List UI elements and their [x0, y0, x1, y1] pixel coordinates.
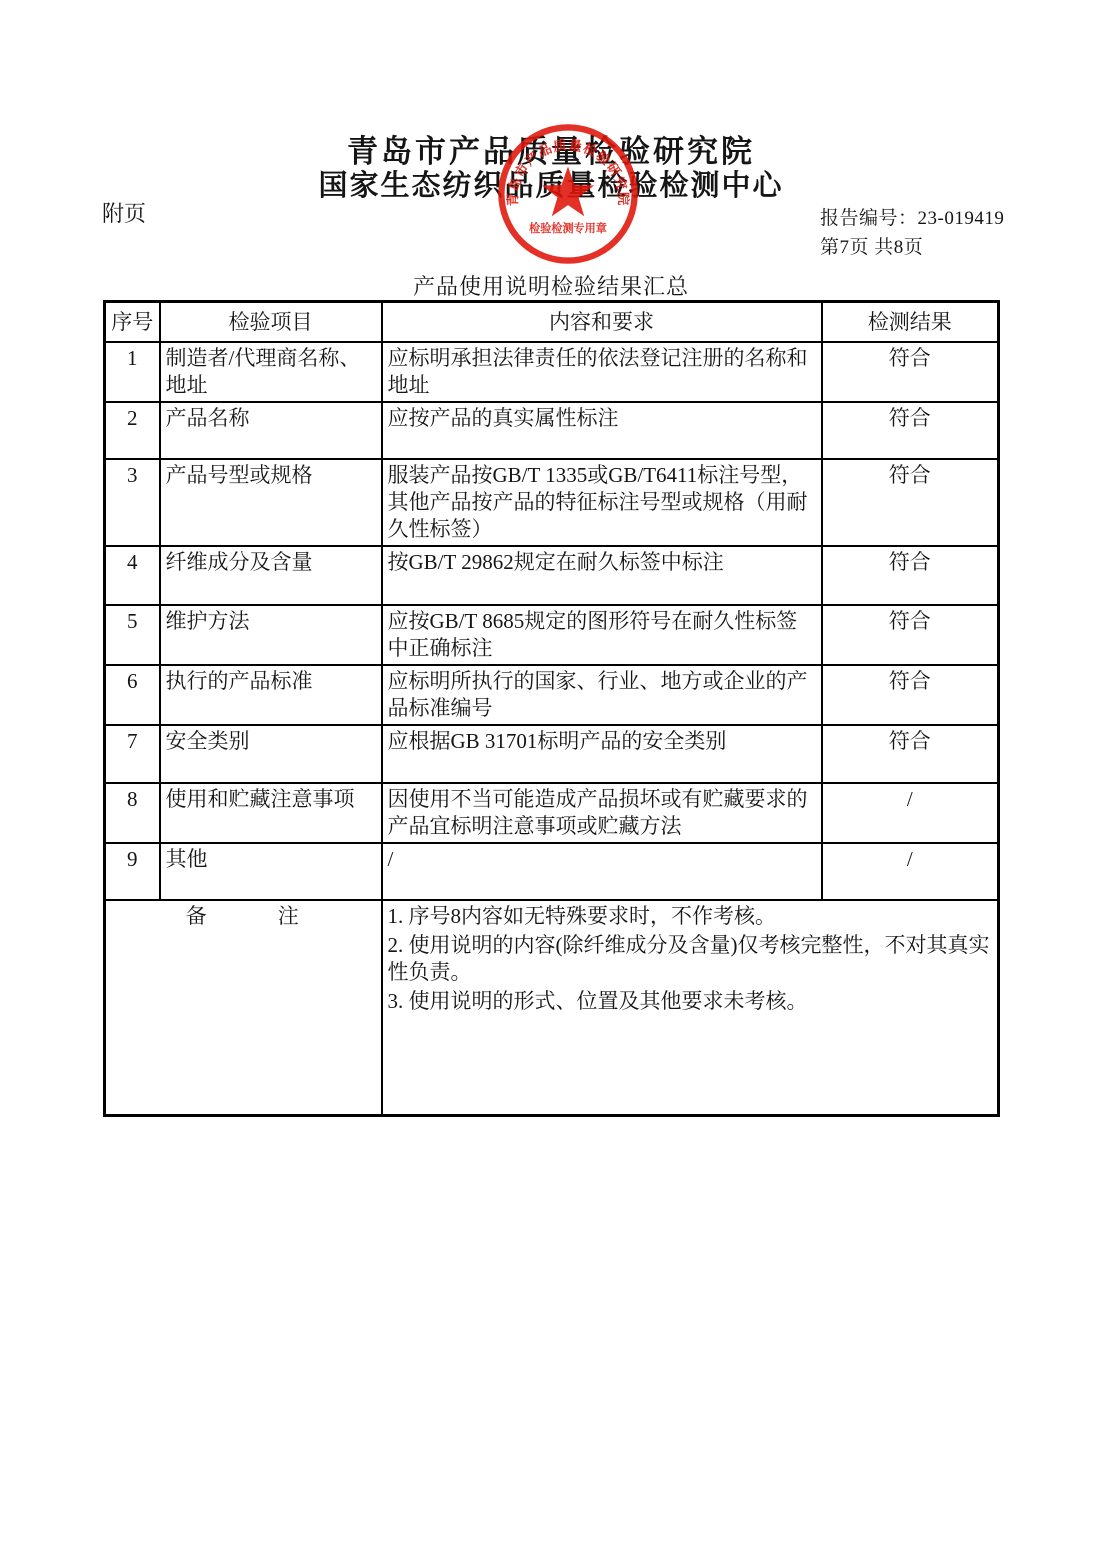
table-title: 产品使用说明检验结果汇总: [0, 270, 1102, 301]
col-header-no: 序号: [105, 302, 160, 343]
table-row: 4 纤维成分及含量 按GB/T 29862规定在耐久标签中标注 符合: [105, 546, 999, 605]
table-row: 5 维护方法 应按GB/T 8685规定的图形符号在耐久性标签中正确标注 符合: [105, 605, 999, 665]
cell-no: 2: [105, 402, 160, 459]
cell-result: /: [822, 843, 999, 900]
col-header-item: 检验项目: [160, 302, 382, 343]
cell-item: 执行的产品标准: [160, 665, 382, 725]
table-row: 1 制造者/代理商名称、地址 应标明承担法律责任的依法登记注册的名称和地址 符合: [105, 342, 999, 402]
cell-no: 4: [105, 546, 160, 605]
remark-line: 3. 使用说明的形式、位置及其他要求未考核。: [388, 988, 993, 1015]
inspection-results-table: 序号 检验项目 内容和要求 检测结果 1 制造者/代理商名称、地址 应标明承担法…: [103, 300, 1000, 1117]
attachment-label: 附页: [102, 197, 146, 228]
cell-requirement: 服装产品按GB/T 1335或GB/T6411标注号型，其他产品按产品的特征标注…: [382, 459, 822, 546]
cell-no: 1: [105, 342, 160, 402]
remark-line: 1. 序号8内容如无特殊要求时，不作考核。: [388, 903, 993, 930]
cell-item: 产品名称: [160, 402, 382, 459]
cell-item: 纤维成分及含量: [160, 546, 382, 605]
cell-no: 6: [105, 665, 160, 725]
table-row: 2 产品名称 应按产品的真实属性标注 符合: [105, 402, 999, 459]
report-number: 报告编号：23-019419: [820, 203, 1004, 230]
cell-no: 8: [105, 783, 160, 843]
cell-result: 符合: [822, 459, 999, 546]
cell-result: 符合: [822, 725, 999, 783]
cell-item: 使用和贮藏注意事项: [160, 783, 382, 843]
col-header-result: 检测结果: [822, 302, 999, 343]
cell-result: 符合: [822, 546, 999, 605]
cell-result: /: [822, 783, 999, 843]
table-row: 9 其他 / /: [105, 843, 999, 900]
cell-requirement: 应根据GB 31701标明产品的安全类别: [382, 725, 822, 783]
remarks-label: 备 注: [105, 900, 382, 1116]
remarks-content: 1. 序号8内容如无特殊要求时，不作考核。 2. 使用说明的内容(除纤维成分及含…: [382, 900, 999, 1116]
cell-item: 制造者/代理商名称、地址: [160, 342, 382, 402]
cell-no: 7: [105, 725, 160, 783]
cell-no: 9: [105, 843, 160, 900]
cell-result: 符合: [822, 665, 999, 725]
remark-line: 2. 使用说明的内容(除纤维成分及含量)仅考核完整性，不对其真实性负责。: [388, 932, 993, 986]
cell-requirement: 按GB/T 29862规定在耐久标签中标注: [382, 546, 822, 605]
col-header-requirement: 内容和要求: [382, 302, 822, 343]
stamp-star-icon: [542, 167, 594, 217]
stamp-banner-text: 检验检测专用章: [529, 221, 607, 235]
cell-result: 符合: [822, 605, 999, 665]
table-header-row: 序号 检验项目 内容和要求 检测结果: [105, 302, 999, 343]
table-row: 7 安全类别 应根据GB 31701标明产品的安全类别 符合: [105, 725, 999, 783]
official-stamp-icon: 青岛市产品质量检验研究院 检验检测专用章: [494, 120, 642, 268]
table-row: 6 执行的产品标准 应标明所执行的国家、行业、地方或企业的产品标准编号 符合: [105, 665, 999, 725]
cell-item: 安全类别: [160, 725, 382, 783]
cell-requirement: 应按GB/T 8685规定的图形符号在耐久性标签中正确标注: [382, 605, 822, 665]
cell-item: 产品号型或规格: [160, 459, 382, 546]
cell-no: 3: [105, 459, 160, 546]
table-row: 3 产品号型或规格 服装产品按GB/T 1335或GB/T6411标注号型，其他…: [105, 459, 999, 546]
cell-item: 维护方法: [160, 605, 382, 665]
cell-requirement: 应标明承担法律责任的依法登记注册的名称和地址: [382, 342, 822, 402]
cell-requirement: 应按产品的真实属性标注: [382, 402, 822, 459]
cell-requirement: /: [382, 843, 822, 900]
report-page: 青岛市产品质量检验研究院 国家生态纺织品质量检验检测中心 附页 报告编号：23-…: [0, 0, 1102, 1559]
page-number: 第7页 共8页: [820, 232, 923, 259]
cell-result: 符合: [822, 402, 999, 459]
table-row: 8 使用和贮藏注意事项 因使用不当可能造成产品损坏或有贮藏要求的产品宜标明注意事…: [105, 783, 999, 843]
cell-requirement: 因使用不当可能造成产品损坏或有贮藏要求的产品宜标明注意事项或贮藏方法: [382, 783, 822, 843]
cell-item: 其他: [160, 843, 382, 900]
cell-requirement: 应标明所执行的国家、行业、地方或企业的产品标准编号: [382, 665, 822, 725]
cell-no: 5: [105, 605, 160, 665]
cell-result: 符合: [822, 342, 999, 402]
remarks-row: 备 注 1. 序号8内容如无特殊要求时，不作考核。 2. 使用说明的内容(除纤维…: [105, 900, 999, 1116]
